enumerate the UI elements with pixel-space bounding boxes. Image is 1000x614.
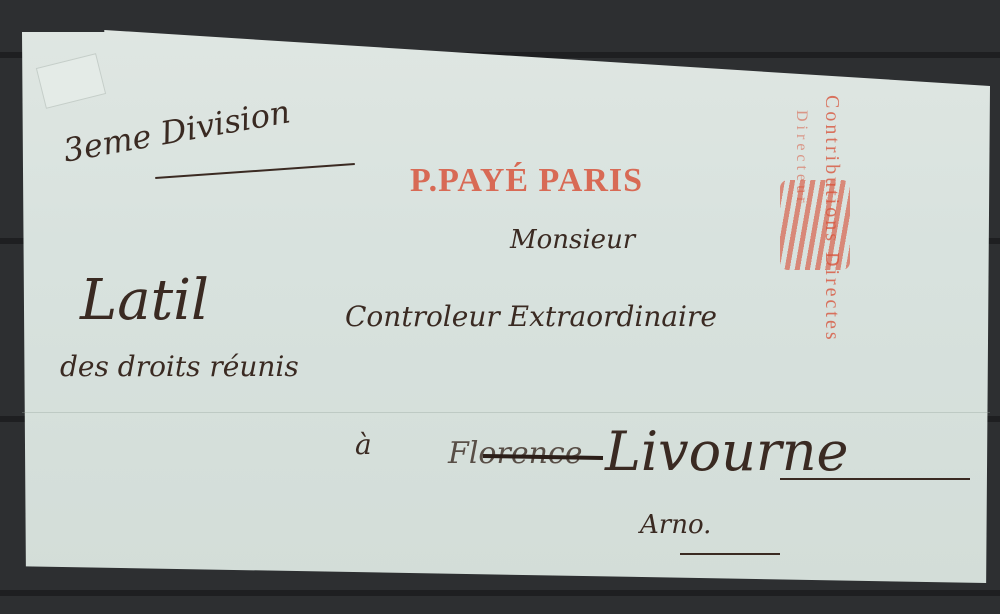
side-stamp-secondary: Directeur: [792, 110, 810, 206]
destination-city: Livourne: [605, 420, 848, 483]
struck-city: Florence: [448, 436, 582, 471]
recipient-title: Controleur Extraordinaire: [345, 300, 717, 333]
recipient-department: des droits réunis: [60, 350, 299, 383]
mount-stripe-bottom: [0, 590, 1000, 596]
address-prefix: à: [355, 428, 372, 461]
region: Arno.: [640, 510, 711, 540]
city-underline: [780, 478, 970, 480]
region-underline: [680, 553, 780, 555]
postal-stamp-paye-paris: P.PAYÉ PARIS: [410, 162, 643, 200]
salutation: Monsieur: [510, 225, 635, 255]
fold-crease: [22, 412, 990, 413]
side-stamp-contributions: Contributions Directes: [820, 95, 843, 343]
recipient-name: Latil: [80, 268, 209, 333]
